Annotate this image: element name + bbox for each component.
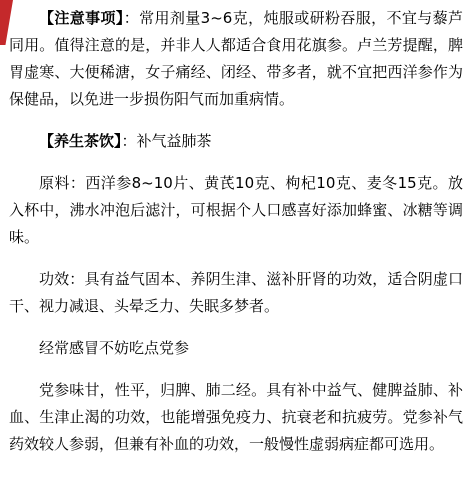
paragraph-dangshen-description: 党参味甘，性平，归脾、肺二经。具有补中益气、健脾益肺、补血、生津止渴的功效，也能… bbox=[9, 377, 463, 458]
paragraph-ingredients: 原料：西洋参8~10片、黄芪10克、枸杞10克、麦冬15克。放入杯中，沸水冲泡后… bbox=[9, 170, 463, 251]
precautions-section-label: 【注意事项】 bbox=[39, 9, 124, 27]
ingredients-text: 原料：西洋参8~10片、黄芪10克、枸杞10克、麦冬15克。放入杯中，沸水冲泡后… bbox=[9, 174, 463, 246]
tea-section-label: 【养生茶饮】 bbox=[39, 132, 122, 150]
paragraph-dangshen-heading: 经常感冒不妨吃点党参 bbox=[9, 335, 463, 362]
effects-text: 功效：具有益气固本、养阴生津、滋补肝肾的功效，适合阴虚口干、视力减退、头晕乏力、… bbox=[9, 270, 463, 315]
paragraph-tea-heading: 【养生茶饮】：补气益肺茶 bbox=[9, 128, 463, 155]
dangshen-description-text: 党参味甘，性平，归脾、肺二经。具有补中益气、健脾益肺、补血、生津止渴的功效，也能… bbox=[9, 381, 463, 453]
tea-section-title: ：补气益肺茶 bbox=[122, 132, 212, 150]
paragraph-precautions: 【注意事项】：常用剂量3~6克，炖服或研粉吞服，不宜与藜芦同用。值得注意的是，并… bbox=[9, 5, 463, 113]
paragraph-effects: 功效：具有益气固本、养阴生津、滋补肝肾的功效，适合阴虚口干、视力减退、头晕乏力、… bbox=[9, 266, 463, 320]
article-body: 【注意事项】：常用剂量3~6克，炖服或研粉吞服，不宜与藜芦同用。值得注意的是，并… bbox=[0, 0, 472, 458]
dangshen-heading-text: 经常感冒不妨吃点党参 bbox=[39, 339, 189, 357]
document-page: 【注意事项】：常用剂量3~6克，炖服或研粉吞服，不宜与藜芦同用。值得注意的是，并… bbox=[0, 0, 472, 481]
